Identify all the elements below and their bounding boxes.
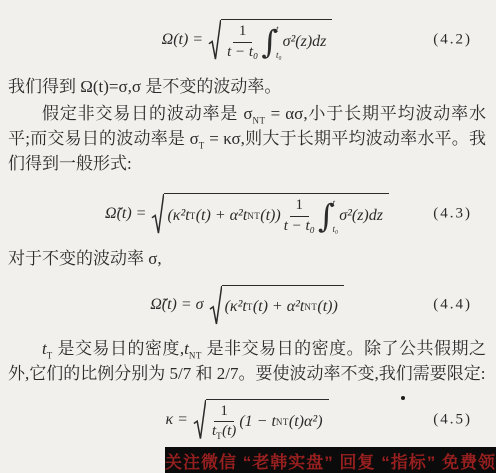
paragraph-constant-vol: 对于不变的波动率 σ,: [8, 246, 486, 271]
paragraph-text: 假定非交易日的波动率是 σ: [42, 104, 253, 123]
paragraph-text: 是交易日的密度,: [53, 339, 184, 358]
square-root: 1 t − t₀ ∫ t t₀ σ²(z)dz: [208, 19, 332, 61]
equation-number: (4.3): [433, 206, 472, 223]
scanned-document-page: Ω(t) = 1 t − t₀ ∫ t t₀: [0, 0, 496, 473]
radical-icon: [151, 193, 164, 235]
equation-4-5: κ = 1 tT(t) (1 − tNT(t)α²) (4.5): [8, 394, 486, 446]
fraction: 1 tT(t): [212, 403, 236, 441]
eq44-term: (t) + α²t: [253, 298, 305, 316]
equation-4-5-math: κ = 1 tT(t) (1 − tNT(t)α²): [165, 399, 328, 441]
fraction: 1 t − t₀: [227, 23, 258, 61]
radical-icon: [193, 399, 206, 441]
equation-4-2-math: Ω(t) = 1 t − t₀ ∫ t t₀: [162, 19, 333, 61]
subscript-NT: NT: [189, 350, 202, 360]
fraction-denominator: tT(t): [212, 422, 236, 440]
watermark-text: 关注微信 “老韩实盘” 回复 “指标” 免费领: [165, 448, 496, 473]
eq44-term: (κ²t: [225, 298, 247, 316]
eq43-term: (κ²t: [167, 207, 189, 225]
eq42-lhs: Ω(t) =: [162, 31, 203, 49]
eq43-radicand: (κ²tT(t) + α²tNT(t)) 1 t − t₀ ∫ t t₀ σ²(…: [164, 193, 389, 235]
eq42-integrand: σ²(z)dz: [283, 33, 327, 51]
equation-number: (4.4): [433, 297, 472, 314]
paragraph-result-constant-vol: 我们得到 Ω(t)=σ,σ 是不变的波动率。: [8, 74, 486, 99]
integral-lower-limit: t₀: [276, 50, 282, 60]
paragraph-text: 我们得到 Ω(t)=σ,σ 是不变的波动率。: [8, 77, 281, 96]
subscript-NT: NT: [253, 115, 266, 125]
fraction-numerator: 1: [233, 23, 253, 42]
integral: ∫ t t₀: [318, 197, 338, 235]
equation-4-3: Ω̃(t) = (κ²tT(t) + α²tNT(t)) 1 t − t₀ ∫ …: [8, 188, 486, 240]
paragraph-densities: tT 是交易日的密度,tNT 是非交易日的密度。除了公共假期之外,它们的比例分别…: [8, 336, 486, 386]
equation-4-3-math: Ω̃(t) = (κ²tT(t) + α²tNT(t)) 1 t − t₀ ∫ …: [105, 193, 389, 235]
integral-upper-limit: t: [333, 198, 339, 208]
fraction-numerator: 1: [290, 197, 310, 216]
eq44-term: (t)): [317, 298, 337, 316]
eq42-radicand: 1 t − t₀ ∫ t t₀ σ²(z)dz: [221, 19, 332, 61]
fraction-denominator: t − t₀: [284, 217, 315, 235]
eq45-lhs: κ =: [165, 411, 187, 429]
fraction: 1 t − t₀: [284, 197, 315, 235]
equation-number: (4.5): [433, 411, 472, 428]
eq44-radicand: (κ²tT(t) + α²tNT(t)): [222, 285, 344, 326]
equation-4-2: Ω(t) = 1 t − t₀ ∫ t t₀: [8, 14, 486, 66]
square-root: 1 tT(t) (1 − tNT(t)α²): [193, 399, 329, 441]
fraction-numerator: 1: [214, 403, 234, 422]
integral: ∫ t t₀: [261, 23, 281, 61]
eq44-lhs: Ω̃(t) = σ: [150, 296, 203, 314]
integral-limits: t t₀: [276, 23, 282, 61]
eq43-term: (t) + α²t: [196, 207, 248, 225]
equation-4-4-math: Ω̃(t) = σ (κ²tT(t) + α²tNT(t)): [150, 285, 344, 326]
integral-lower-limit: t₀: [333, 224, 339, 234]
eq43-integrand: σ²(z)dz: [339, 207, 383, 225]
radical-icon: [208, 19, 221, 61]
paragraph-assumption: 假定非交易日的波动率是 σNT = ασ,小于长期平均波动率水平;而交易日的波动…: [8, 101, 486, 176]
fraction-denominator: t − t₀: [227, 43, 258, 61]
watermark-banner: 关注微信 “老韩实盘” 回复 “指标” 免费领: [165, 447, 496, 473]
eq45-term: (t)α²): [289, 413, 323, 431]
square-root: (κ²tT(t) + α²tNT(t)): [209, 285, 344, 326]
integral-upper-limit: t: [276, 24, 282, 34]
equation-number: (4.2): [433, 32, 472, 49]
integral-limits: t t₀: [333, 197, 339, 235]
eq43-lhs: Ω̃(t) =: [105, 205, 146, 223]
radical-icon: [209, 285, 222, 326]
paragraph-text: 对于不变的波动率 σ,: [8, 249, 162, 268]
ink-speck: [401, 396, 405, 400]
eq43-term: (t)): [260, 207, 280, 225]
math-term: (t): [222, 423, 236, 439]
eq45-radicand: 1 tT(t) (1 − tNT(t)α²): [206, 399, 329, 441]
eq45-term: (1 − t: [239, 413, 276, 431]
square-root: (κ²tT(t) + α²tNT(t)) 1 t − t₀ ∫ t t₀ σ²(…: [151, 193, 389, 235]
equation-4-4: Ω̃(t) = σ (κ²tT(t) + α²tNT(t)) (4.4): [8, 285, 486, 326]
